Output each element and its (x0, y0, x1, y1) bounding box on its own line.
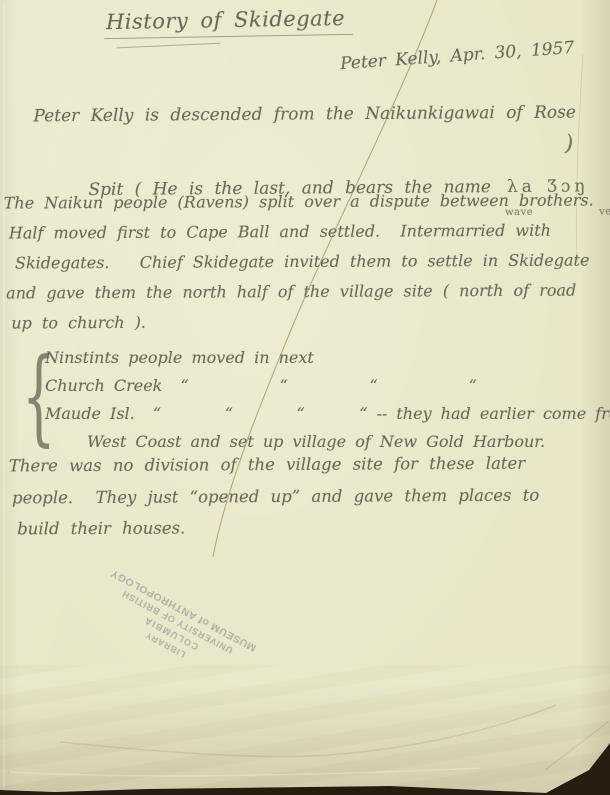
author-byline: Peter Kelly, Apr. 30, 1957 (340, 38, 575, 74)
paragraph-no-division: There was no division of the village sit… (9, 448, 540, 545)
list-line: Ninstints people moved in next (45, 344, 610, 372)
gloss-very-large: very large (599, 193, 610, 230)
closing-paren: ) (561, 125, 577, 163)
paragraph-line: up to church ). (11, 305, 594, 338)
list-line: Maude Isl. “ “ “ “ -- they had earlier c… (45, 400, 610, 428)
page-title: History of Skidegate (104, 6, 354, 39)
paragraph-line: and gave them the north half of the vill… (6, 275, 594, 308)
manuscript-page: History of Skidegate Peter Kelly, Apr. 3… (0, 0, 610, 795)
bottom-wrinkle-texture (0, 665, 610, 795)
paragraph-naikun-split: The Naikun people (Ravens) split over a … (4, 185, 595, 338)
paragraph-line: Skidegates. Chief Skidegate invited them… (15, 245, 594, 278)
paragraph-line: There was no division of the village sit… (9, 448, 539, 482)
title-underline (116, 43, 220, 49)
paragraph-line: people. They just “opened up” and gave t… (12, 479, 539, 513)
corner-fold-crease (545, 722, 608, 770)
paragraph-line: The Naikun people (Ravens) split over a … (4, 185, 594, 218)
paragraph-line: Half moved first to Cape Ball and settle… (9, 215, 594, 248)
library-stamp: MUSEUM of ANTHROPOLOGY UNIVERSITY OF BRI… (71, 542, 277, 715)
bottom-edge-highlight (10, 768, 480, 776)
bottom-wrinkle (60, 705, 556, 757)
settlers-list: Ninstints people moved in next Church Cr… (45, 344, 610, 456)
paragraph-line: build their houses. (17, 511, 539, 545)
list-line: Church Creek “ “ “ “ (45, 372, 610, 400)
paragraph-line: Peter Kelly is descended from the Naikun… (33, 94, 610, 136)
title-block: History of Skidegate (104, 6, 354, 39)
